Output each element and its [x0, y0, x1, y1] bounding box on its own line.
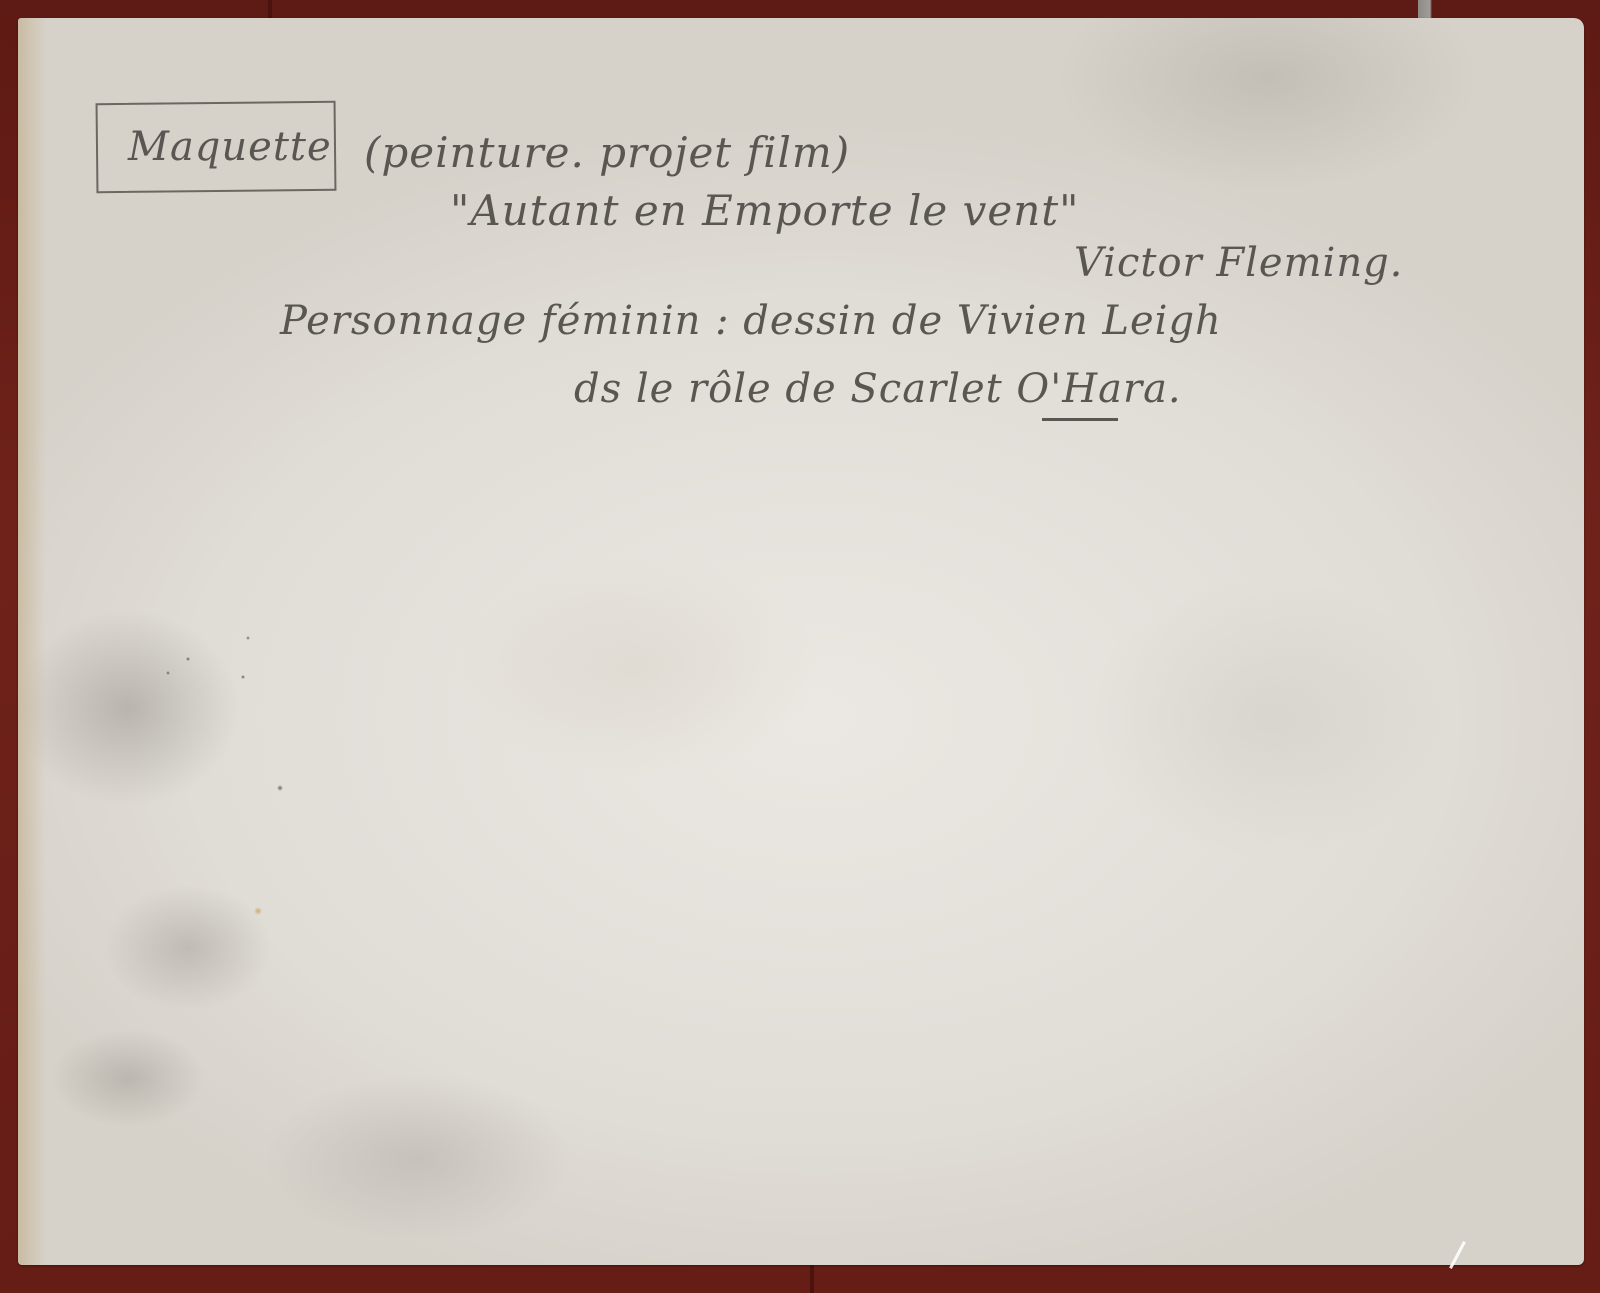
tile-grout-line: [810, 1262, 814, 1293]
paper-crease: [1449, 1241, 1466, 1269]
scarlet-underline: [1042, 418, 1118, 421]
film-title-line: "Autant en Emporte le vent": [450, 186, 1079, 235]
note-line: (peinture. projet film): [364, 128, 850, 177]
role-line: ds le rôle de Scarlet O'Hara.: [574, 366, 1182, 412]
paper-card: Maquette (peinture. projet film) "Autant…: [18, 18, 1584, 1265]
boxed-title: Maquette: [128, 124, 332, 170]
tile-grout-line: [268, 0, 272, 20]
director-line: Victor Fleming.: [1074, 240, 1403, 286]
character-line: Personnage féminin : dessin de Vivien Le…: [280, 298, 1222, 344]
